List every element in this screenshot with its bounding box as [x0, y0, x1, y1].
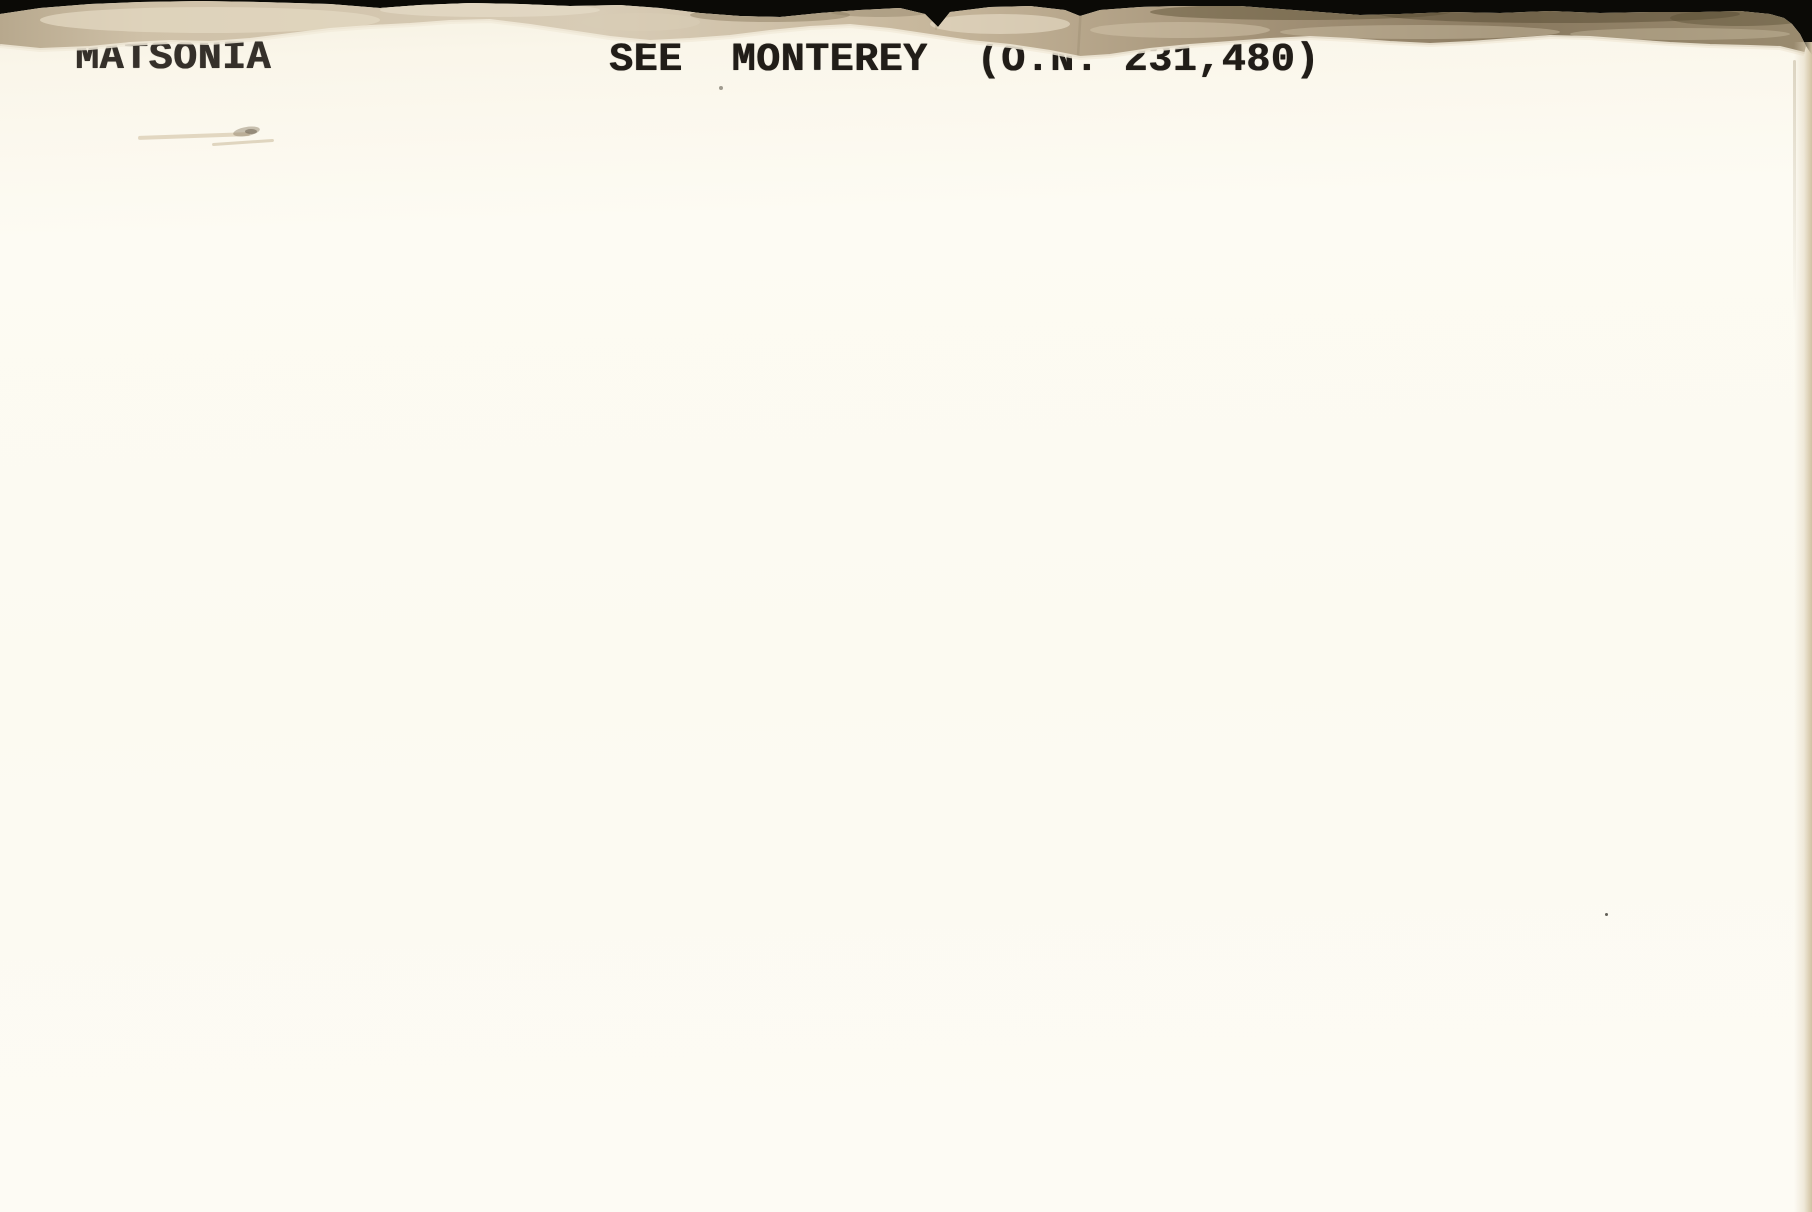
- index-card: MATSONIA SEE MONTEREY (O.N. 231,480): [0, 0, 1812, 1212]
- ink-speck: [719, 86, 723, 90]
- card-right-edge-shadow: [1793, 60, 1796, 320]
- card-right-edge: [1794, 42, 1812, 1212]
- pencil-smudge: [245, 129, 257, 134]
- pencil-smudge: [212, 139, 274, 146]
- ink-speck: [1605, 913, 1608, 916]
- torn-paper-edge: [0, 0, 1812, 70]
